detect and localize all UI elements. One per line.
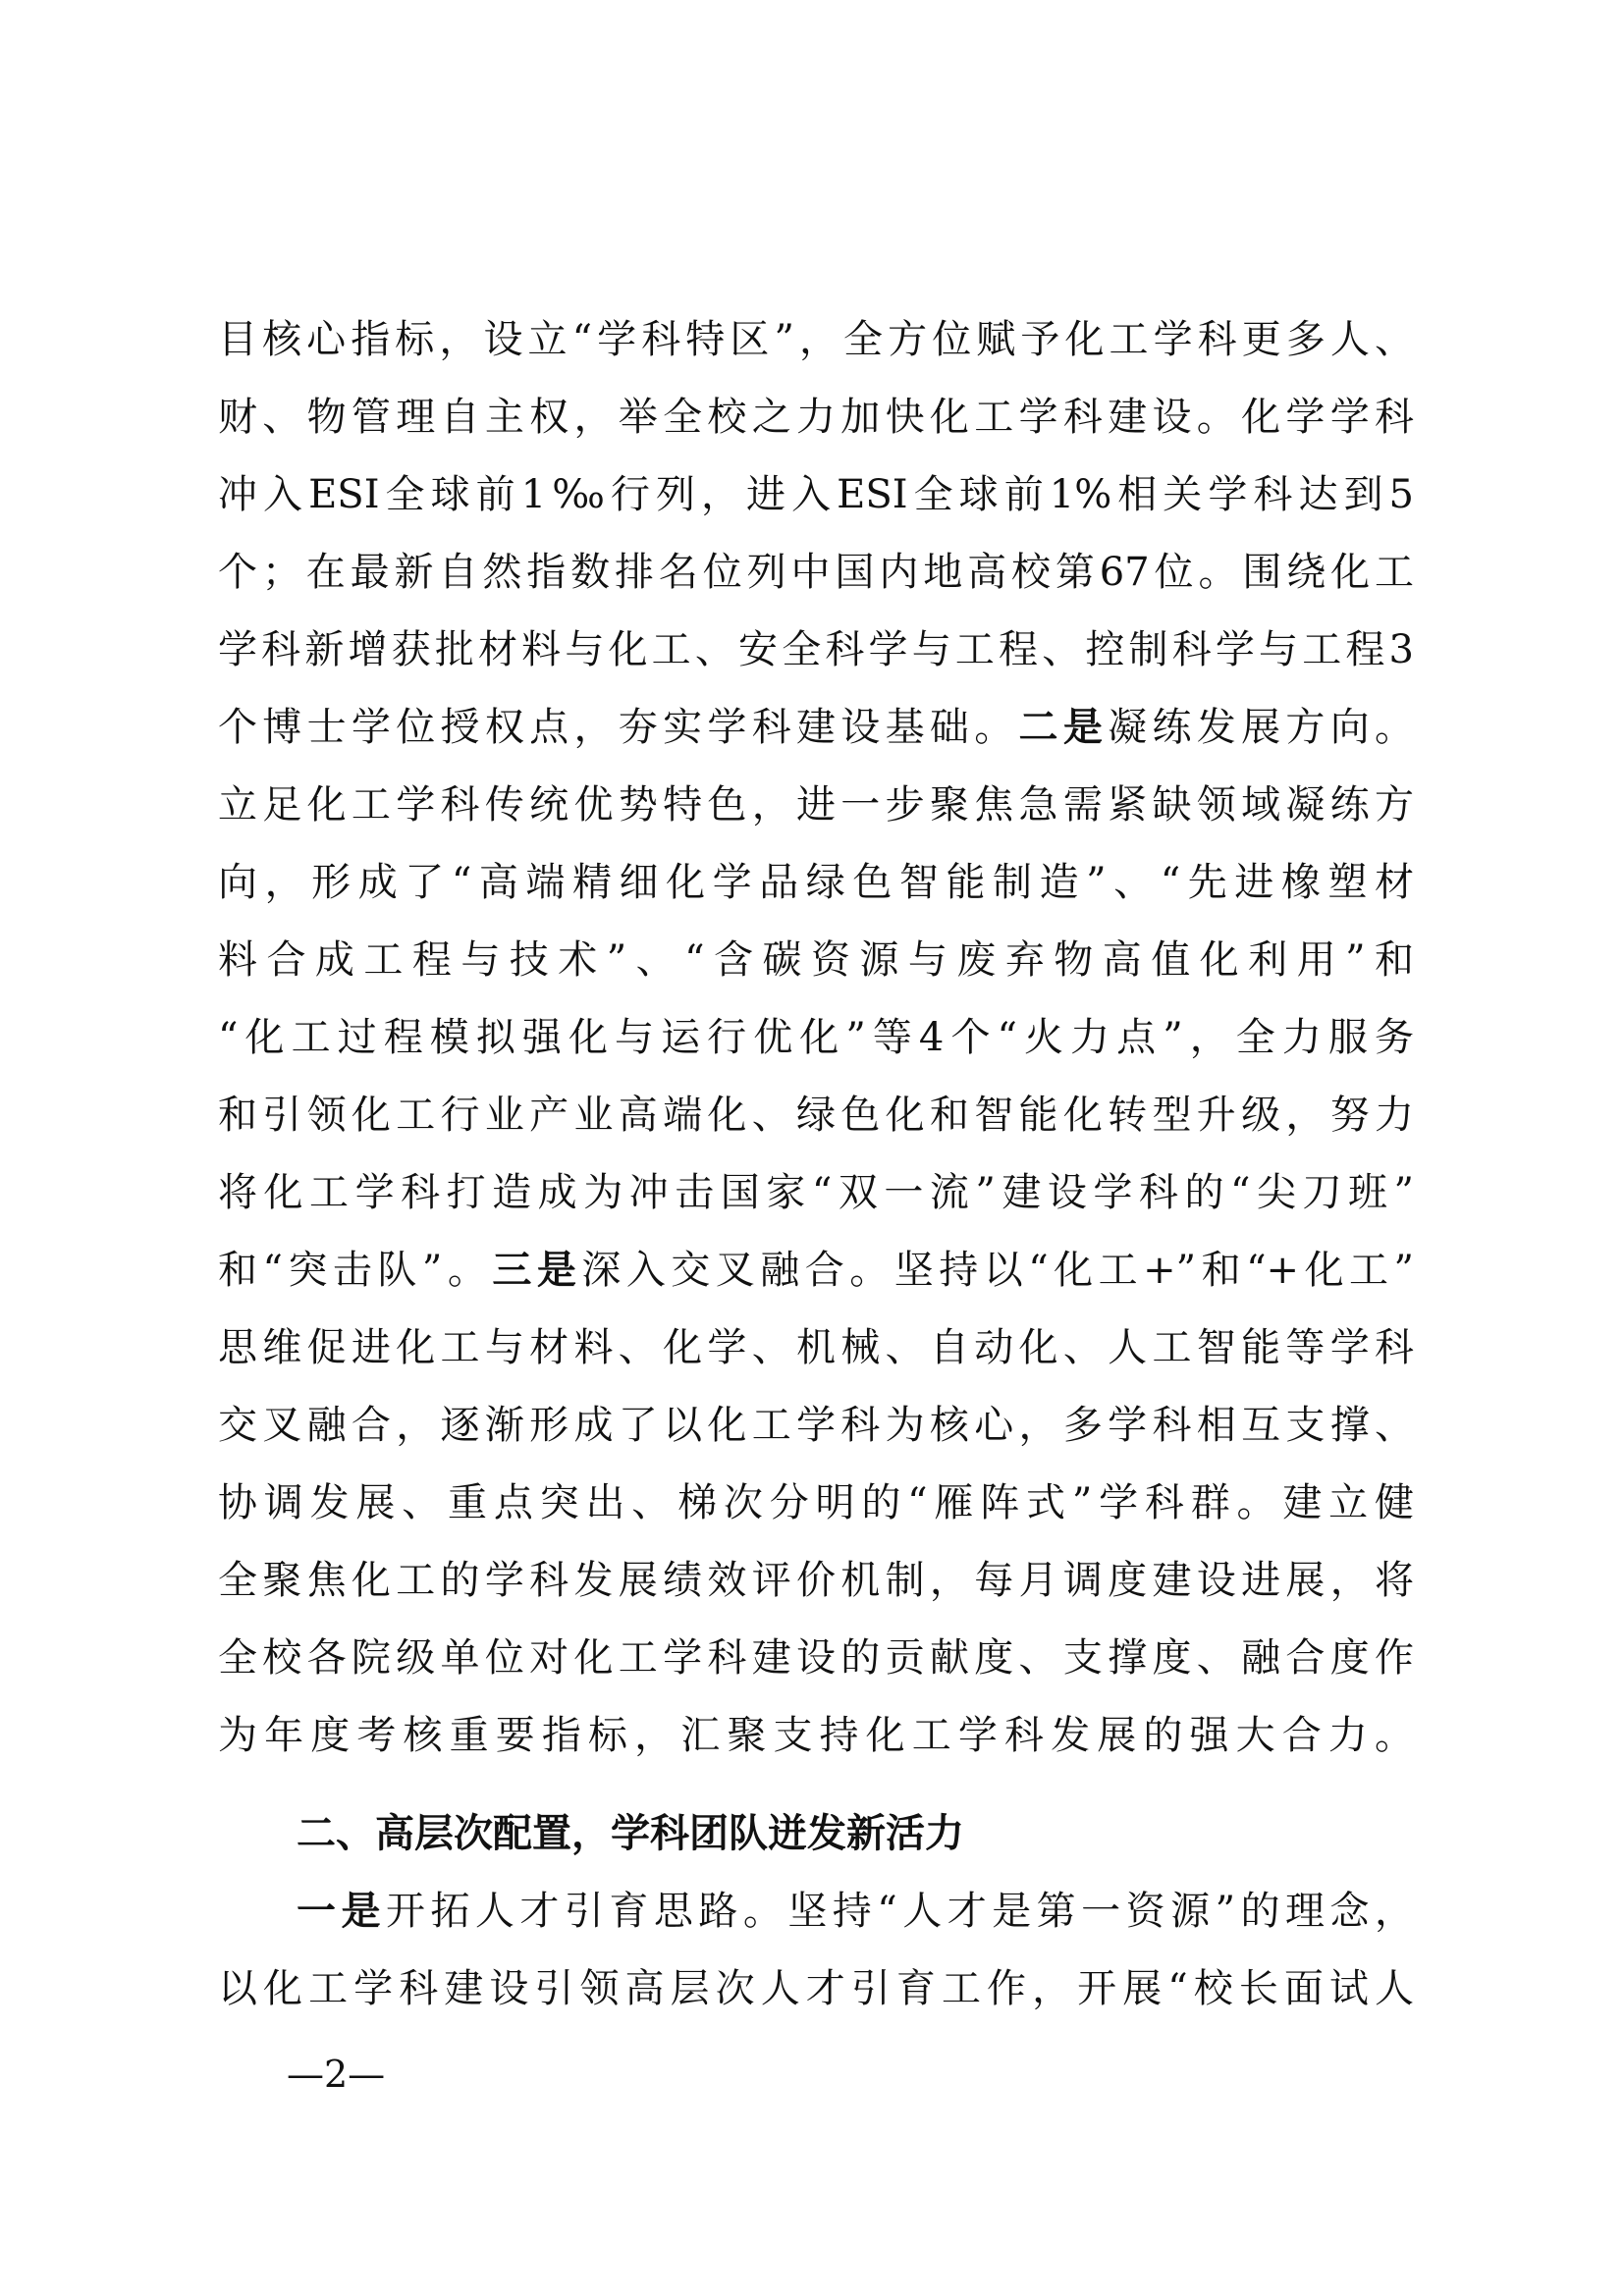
page-number: —2— [287, 2051, 385, 2098]
body-line-18: 全校各院级单位对化工学科建设的贡献度、支撑度、融合度作 [218, 1633, 1414, 1682]
section-heading: 二、高层次配置，学科团队迸发新活力 [297, 1809, 964, 1858]
body-line-11: 和引领化工行业产业高端化、绿色化和智能化转型升级，努力 [218, 1091, 1414, 1140]
document-page: 目核心指标，设立“学科特区”，全方位赋予化工学科更多人、 财、物管理自主权，举全… [0, 0, 1624, 2296]
body-line-19: 为年度考核重要指标，汇聚支持化工学科发展的强大合力。 [218, 1711, 1414, 1760]
body-line-5: 学科新增获批材料与化工、安全科学与工程、控制科学与工程3 [218, 625, 1414, 674]
body-line-9: 料合成工程与技术”、“含碳资源与废弃物高值化利用”和 [218, 935, 1414, 985]
text-run: 个博士学位授权点，夯实学科建设基础。 [218, 705, 1019, 750]
body-line-7: 立足化工学科传统优势特色，进一步聚焦急需紧缺领域凝练方 [218, 780, 1414, 829]
body-line-13: 和“突击队”。三是深入交叉融合。坚持以“化工+”和“+化工” [218, 1246, 1414, 1295]
body-line-17: 全聚焦化工的学科发展绩效评价机制，每月调度建设进展，将 [218, 1556, 1414, 1605]
bold-marker: 三是 [492, 1248, 581, 1293]
text-run: 开拓人才引育思路。坚持“人才是第一资源”的理念， [386, 1889, 1414, 1934]
body-line-12: 将化工学科打造成为冲击国家“双一流”建设学科的“尖刀班” [218, 1168, 1414, 1217]
body-line-6: 个博士学位授权点，夯实学科建设基础。二是凝练发展方向。 [218, 703, 1414, 752]
body-line-1: 目核心指标，设立“学科特区”，全方位赋予化工学科更多人、 [218, 315, 1414, 364]
body-line-10: “化工过程模拟强化与运行优化”等4个“火力点”，全力服务 [218, 1013, 1414, 1062]
para2-line-2: 以化工学科建设引领高层次人才引育工作，开展“校长面试人 [218, 1964, 1414, 2013]
body-line-8: 向，形成了“高端精细化学品绿色智能制造”、“先进橡塑材 [218, 858, 1414, 907]
bold-marker: 二是 [1019, 705, 1109, 750]
body-line-15: 交叉融合，逐渐形成了以化工学科为核心，多学科相互支撑、 [218, 1401, 1414, 1450]
bold-marker: 一是 [297, 1889, 386, 1934]
para2-line-1: 一是开拓人才引育思路。坚持“人才是第一资源”的理念， [297, 1887, 1414, 1936]
text-run: 深入交叉融合。坚持以“化工+”和“+化工” [581, 1248, 1414, 1293]
text-run: 和“突击队”。 [218, 1248, 492, 1293]
text-run: 凝练发展方向。 [1108, 705, 1414, 750]
body-line-14: 思维促进化工与材料、化学、机械、自动化、人工智能等学科 [218, 1323, 1414, 1372]
body-line-3: 冲入ESI全球前1‰行列，进入ESI全球前1%相关学科达到5 [218, 470, 1414, 519]
body-line-16: 协调发展、重点突出、梯次分明的“雁阵式”学科群。建立健 [218, 1478, 1414, 1527]
body-line-4: 个；在最新自然指数排名位列中国内地高校第67位。围绕化工 [218, 548, 1414, 597]
body-line-2: 财、物管理自主权，举全校之力加快化工学科建设。化学学科 [218, 393, 1414, 442]
